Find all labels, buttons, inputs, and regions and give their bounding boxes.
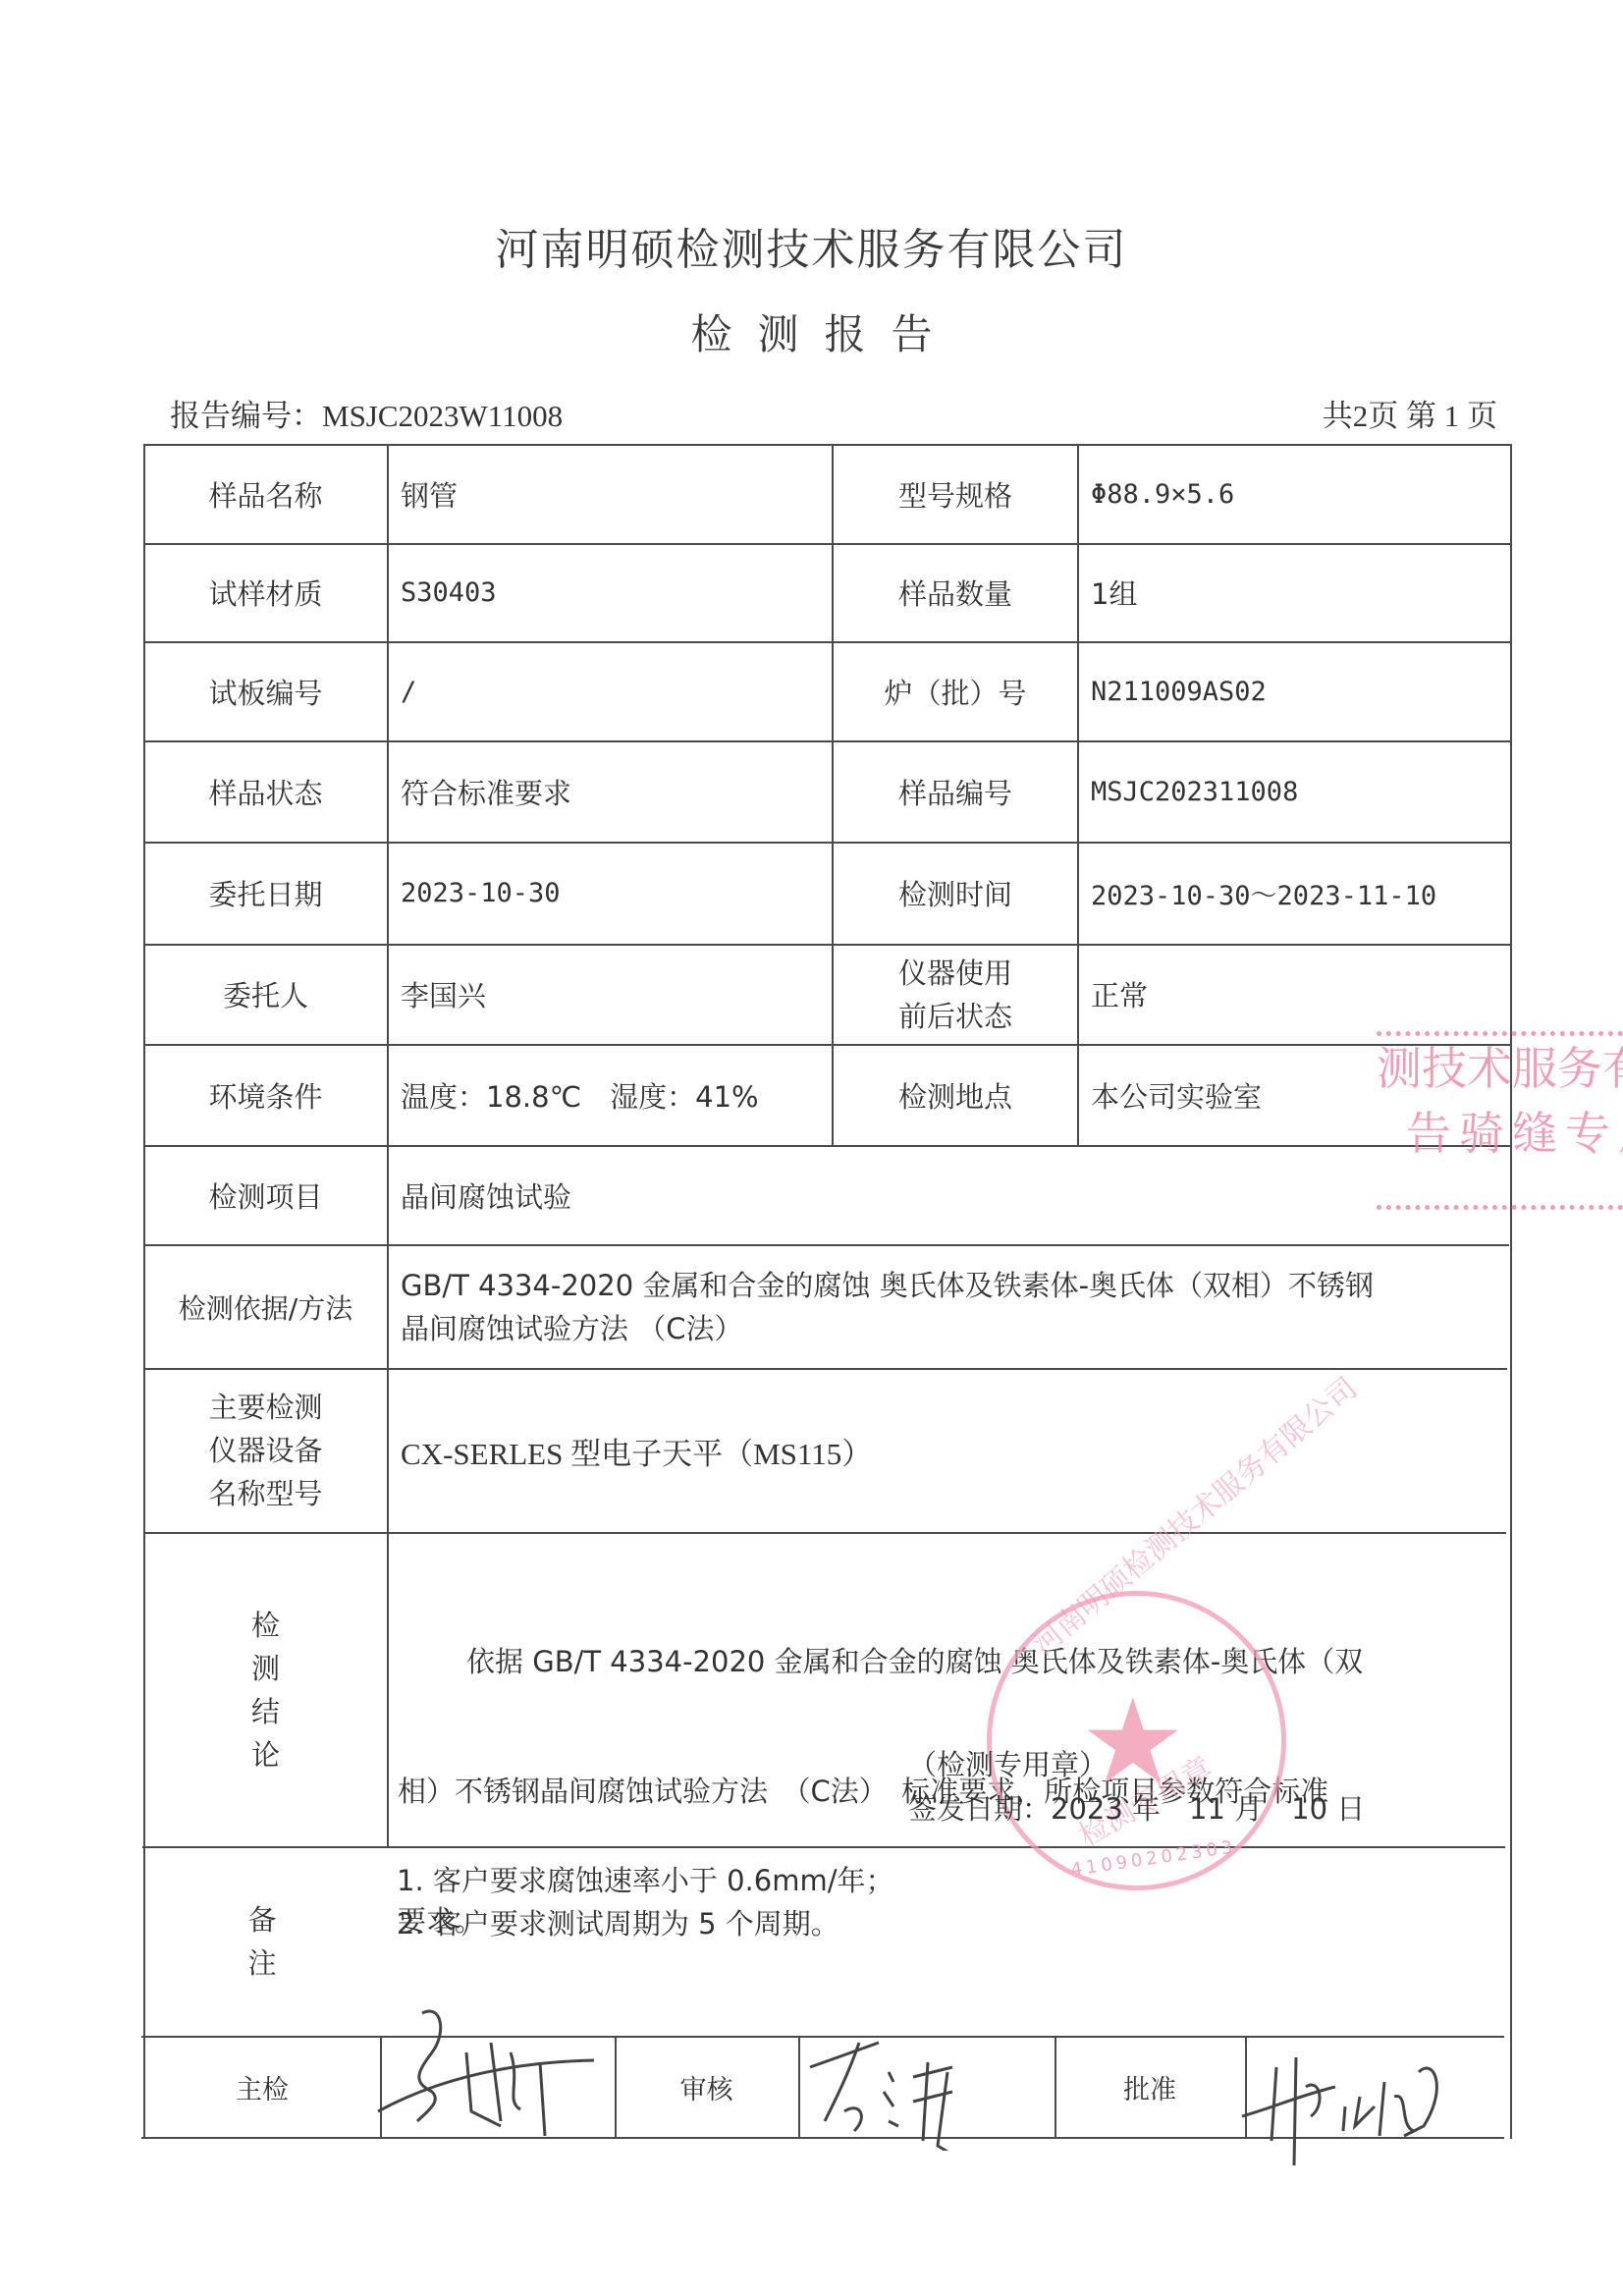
field-value-material: S30403: [389, 544, 832, 641]
field-label-model-spec: 型号规格: [834, 445, 1077, 543]
report-number-label: 报告编号：: [170, 399, 322, 433]
remark-item: 1. 客户要求腐蚀速率小于 0.6mm/年；: [397, 1859, 894, 1902]
field-label-test-method: 检测依据/方法: [144, 1245, 387, 1368]
signature-icon: [800, 2033, 1036, 2151]
label-reviewer: 审核: [615, 2037, 798, 2137]
issue-date: 签发日期：2023 年 11 月 10 日: [908, 1787, 1365, 1828]
report-number-value: MSJC2023W11008: [322, 399, 563, 433]
label-line: 主要检测: [208, 1386, 322, 1429]
method-line-2: 晶间腐蚀试验方法 （C法）: [401, 1307, 742, 1350]
field-label-test-period: 检测时间: [834, 843, 1077, 944]
label-char: 注: [247, 1941, 276, 1985]
field-value-instrument-status: 正常: [1079, 945, 1510, 1044]
field-label-plate-number: 试板编号: [144, 642, 387, 740]
field-value-test-method: GB/T 4334-2020 金属和合金的腐蚀 奥氏体及铁素体-奥氏体（双相）不…: [389, 1245, 1510, 1368]
field-label-heat-batch-number: 炉（批）号: [834, 642, 1077, 740]
field-label-sample-name: 样品名称: [144, 445, 387, 543]
field-label-conclusion: 检 测 结 论: [144, 1533, 387, 1846]
field-label-equipment: 主要检测 仪器设备 名称型号: [144, 1369, 387, 1532]
field-label-client: 委托人: [144, 945, 387, 1044]
field-value-heat-batch-number: N211009AS02: [1079, 642, 1510, 740]
field-label-test-item: 检测项目: [144, 1146, 387, 1244]
remarks-list: 1. 客户要求腐蚀速率小于 0.6mm/年； 2. 客户要求测试周期为 5 个周…: [397, 1859, 894, 1945]
conclusion-line-1: 依据 GB/T 4334-2020 金属和合金的腐蚀 奥氏体及铁素体-奥氏体（双: [398, 1640, 1507, 1683]
label-line: 仪器设备: [208, 1429, 322, 1472]
seam-seal-line-1: 测技术服务有限: [1377, 1036, 1623, 1101]
field-value-environment: 温度：18.8℃ 湿度：41%: [389, 1045, 832, 1145]
label-char: 检: [251, 1604, 280, 1647]
label-inspector: 主检: [144, 2037, 380, 2137]
label-line: 仪器使用: [898, 952, 1012, 995]
field-label-sample-quantity: 样品数量: [834, 544, 1077, 641]
seal-note: （检测专用章）: [908, 1743, 1108, 1783]
label-approver: 批准: [1055, 2037, 1245, 2137]
label-line: 前后状态: [898, 995, 1012, 1038]
field-label-material: 试样材质: [144, 544, 387, 641]
label-char: 结: [251, 1690, 280, 1733]
field-value-sample-quantity: 1组: [1079, 544, 1510, 641]
remark-item: 2. 客户要求测试周期为 5 个周期。: [397, 1902, 894, 1945]
label-char: 论: [251, 1733, 280, 1777]
field-label-sample-number: 样品编号: [834, 741, 1077, 842]
page-info: 共2页 第 1 页: [1323, 391, 1497, 435]
field-label-sample-status: 样品状态: [144, 741, 387, 842]
field-value-client: 李国兴: [389, 945, 832, 1044]
field-value-commission-date: 2023-10-30: [389, 843, 832, 944]
field-value-plate-number: /: [389, 642, 832, 740]
field-label-environment: 环境条件: [144, 1045, 387, 1145]
signature-icon: [373, 1994, 609, 2151]
signature-icon: [1237, 2048, 1483, 2175]
field-value-test-period: 2023-10-30～2023-11-10: [1079, 843, 1510, 944]
field-value-sample-status: 符合标准要求: [389, 741, 832, 842]
field-label-remarks: 备 注: [144, 1847, 380, 2036]
field-value-model-spec: Φ88.9×5.6: [1079, 445, 1510, 543]
seam-seal: 测技术服务有限 告骑缝专用: [1377, 1031, 1623, 1210]
field-value-sample-number: MSJC202311008: [1079, 741, 1510, 842]
field-label-commission-date: 委托日期: [144, 843, 387, 944]
field-value-sample-name: 钢管: [389, 445, 832, 543]
label-char: 测: [251, 1647, 280, 1690]
table-border-right: [1510, 444, 1512, 2139]
method-line-1: GB/T 4334-2020 金属和合金的腐蚀 奥氏体及铁素体-奥氏体（双相）不…: [401, 1264, 1374, 1307]
label-char: 备: [247, 1898, 276, 1941]
document-title: 检测报告: [0, 302, 1623, 361]
field-value-test-item: 晶间腐蚀试验: [389, 1146, 1510, 1244]
report-number: 报告编号：MSJC2023W11008: [170, 391, 563, 435]
seam-seal-line-2: 告骑缝专用: [1377, 1101, 1623, 1166]
company-name: 河南明硕检测技术服务有限公司: [0, 214, 1623, 277]
field-label-test-location: 检测地点: [834, 1045, 1077, 1145]
label-line: 名称型号: [208, 1472, 322, 1515]
field-label-instrument-status: 仪器使用 前后状态: [834, 945, 1077, 1044]
